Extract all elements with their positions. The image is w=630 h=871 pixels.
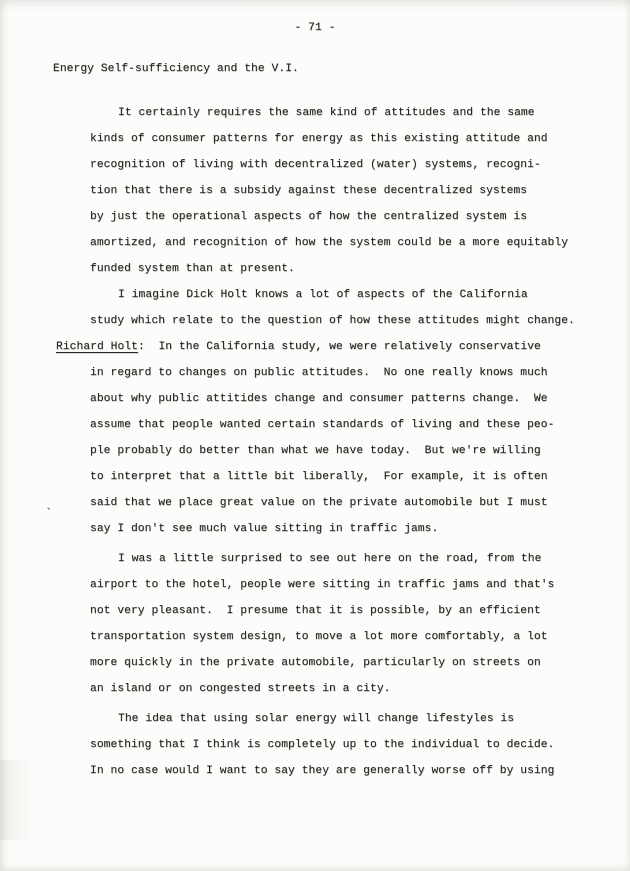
document-body: It certainly requires the same kind of a… xyxy=(56,100,614,784)
document-line: not very pleasant. I presume that it is … xyxy=(90,598,614,624)
document-line: In no case would I want to say they are … xyxy=(90,758,614,784)
document-line: recognition of living with decentralized… xyxy=(90,152,614,178)
document-line: Richard Holt: In the California study, w… xyxy=(56,334,614,360)
document-line: about why public attitides change and co… xyxy=(90,386,614,412)
document-line: The idea that using solar energy will ch… xyxy=(118,706,614,732)
speaker-name: Richard Holt xyxy=(56,341,138,353)
document-line: something that I think is completely up … xyxy=(90,732,614,758)
document-line: study which relate to the question of ho… xyxy=(90,308,614,334)
document-line: funded system than at present. xyxy=(90,256,614,282)
page-number: - 71 - xyxy=(0,22,630,34)
section-heading: Energy Self-sufficiency and the V.I. xyxy=(53,63,299,75)
document-line: tion that there is a subsidy against the… xyxy=(90,178,614,204)
document-line: assume that people wanted certain standa… xyxy=(90,412,614,438)
document-line: by just the operational aspects of how t… xyxy=(90,204,614,230)
document-line: transportation system design, to move a … xyxy=(90,624,614,650)
document-line: say I don't see much value sitting in tr… xyxy=(90,516,614,542)
document-line: amortized, and recognition of how the sy… xyxy=(90,230,614,256)
document-line: I was a little surprised to see out here… xyxy=(118,546,614,572)
document-line: airport to the hotel, people were sittin… xyxy=(90,572,614,598)
document-line: It certainly requires the same kind of a… xyxy=(118,100,614,126)
document-line: I imagine Dick Holt knows a lot of aspec… xyxy=(118,282,614,308)
stray-pen-mark: ` xyxy=(43,506,53,522)
document-line: said that we place great value on the pr… xyxy=(90,490,614,516)
document-line: kinds of consumer patterns for energy as… xyxy=(90,126,614,152)
document-line: to interpret that a little bit liberally… xyxy=(90,464,614,490)
document-line: in regard to changes on public attitudes… xyxy=(90,360,614,386)
document-line: ple probably do better than what we have… xyxy=(90,438,614,464)
document-line: more quickly in the private automobile, … xyxy=(90,650,614,676)
document-line: an island or on congested streets in a c… xyxy=(90,676,614,702)
scanned-document-page: - 71 - Energy Self-sufficiency and the V… xyxy=(0,0,630,871)
